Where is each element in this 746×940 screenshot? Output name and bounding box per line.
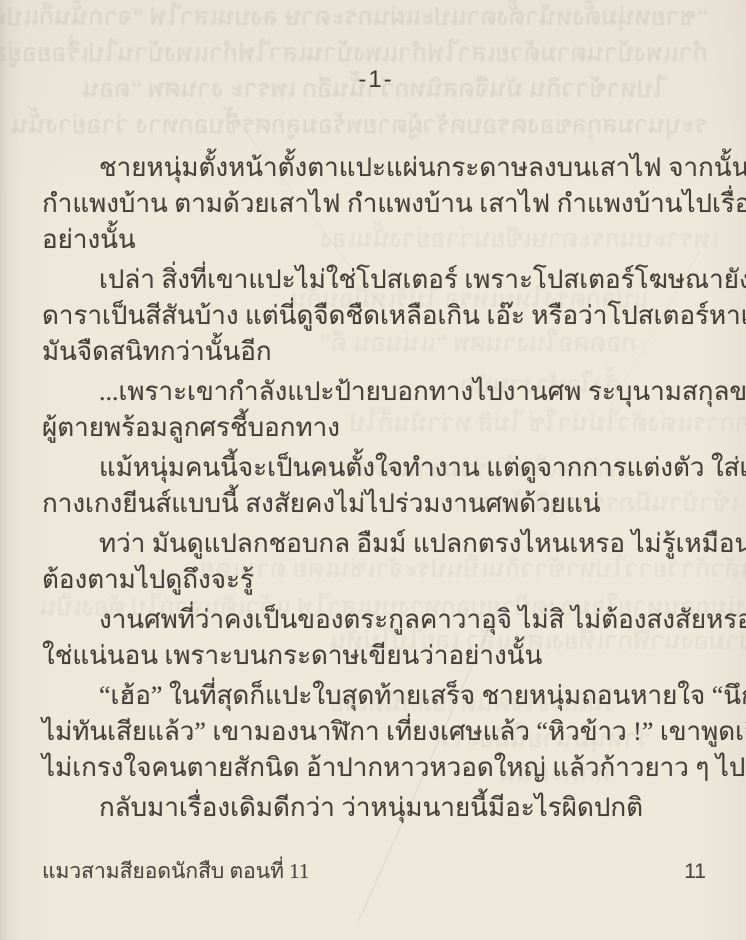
text-line: กำแพงบ้าน ตามด้วยเสาไฟ กำแพงบ้าน เสาไฟ ก…: [42, 186, 710, 222]
bleedthrough-line: ระบุนามสกุลของครอบครัวผู้ตายพร้อมลูกศรชี…: [40, 108, 708, 144]
book-page-scan: “ชายหนุ่มตั้งหน้าตั้งตาแปะแผ่นกระดาษ ลงบ…: [0, 0, 746, 940]
text-line: ชายหนุ่มตั้งหน้าตั้งตาแปะแผ่นกระดาษลงบนเ…: [42, 150, 710, 186]
text-line: แม้หนุ่มคนนี้จะเป็นคนตั้งใจทำงาน แต่ดูจา…: [42, 450, 710, 486]
text-line: “เฮ้อ” ในที่สุดก็แปะใบสุดท้ายเสร็จ ชายหน…: [42, 678, 710, 714]
text-line: ต้องตามไปดูถึงจะรู้: [42, 562, 710, 598]
text-line: ใช่แน่นอน เพราะบนกระดาษเขียนว่าอย่างนั้น: [42, 638, 710, 674]
text-line: มันจืดสนิทกว่านั้นอีก: [42, 334, 710, 370]
text-line: ...เพราะเขากำลังแปะป้ายบอกทางไปงานศพ ระบ…: [42, 374, 710, 410]
bleedthrough-line: “ชายหนุ่มตั้งหน้าตั้งตาแปะแผ่นกระดาษ ลงบ…: [40, 0, 708, 36]
text-line: ผู้ตายพร้อมลูกศรชี้บอกทาง: [42, 410, 710, 446]
chapter-heading: -1-: [42, 66, 710, 94]
footer-book-title: แมวสามสียอดนักสืบ ตอนที่ 11: [42, 856, 309, 886]
footer-page-number: 11: [684, 857, 710, 887]
text-line: ไม่เกรงใจคนตายสักนิด อ้าปากหาวหวอดใหญ่ แ…: [42, 750, 710, 786]
text-line: กลับมาเรื่องเดิมดีกว่า ว่าหนุ่มนายนี้มีอ…: [42, 790, 710, 826]
text-line: งานศพที่ว่าคงเป็นของตระกูลคาวาอุจิ ไม่สิ…: [42, 602, 710, 638]
text-line: อย่างนั้น: [42, 222, 710, 258]
text-line: กางเกงยีนส์แบบนี้ สงสัยคงไม่ไปร่วมงานศพด…: [42, 486, 710, 522]
text-line: ทว่า มันดูแปลกชอบกล อืมม์ แปลกตรงไหนเหรอ…: [42, 526, 710, 562]
text-line: ไม่ทันเสียแล้ว” เขามองนาฬิกา เที่ยงเศษแล…: [42, 714, 710, 750]
body-text: ชายหนุ่มตั้งหน้าตั้งตาแปะแผ่นกระดาษลงบนเ…: [42, 146, 710, 826]
page-footer: แมวสามสียอดนักสืบ ตอนที่ 11 11: [42, 856, 710, 887]
text-line: ดาราเป็นสีสันบ้าง แต่นี่ดูจืดชืดเหลือเกิ…: [42, 298, 710, 334]
text-line: เปล่า สิ่งที่เขาแปะไม่ใช่โปสเตอร์ เพราะโ…: [42, 262, 710, 298]
